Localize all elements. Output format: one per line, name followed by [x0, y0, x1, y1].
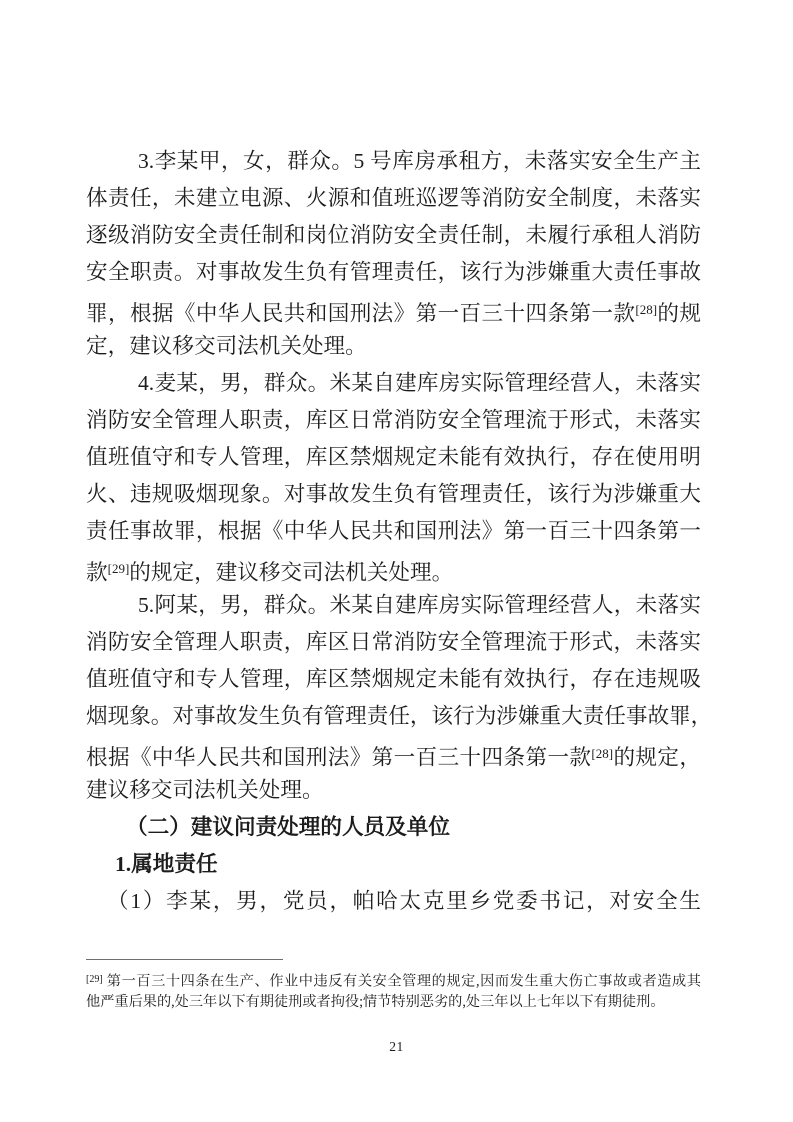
- text-line: 1.属地责任: [86, 846, 701, 883]
- text-segment: 值班值守和专人管理，库区禁烟规定未能有效执行，存在违规吸: [86, 667, 701, 691]
- text-line: （1）李某，男，党员，帕哈太克里乡党委书记，对安全生: [86, 883, 701, 920]
- footnote-reference: [28]: [635, 302, 657, 317]
- text-segment: 根据《中华人民共和国刑法》第一百三十四条第一款: [86, 746, 591, 770]
- footnote-reference: [29]: [108, 561, 130, 576]
- text-segment: （二）建议问责处理的人员及单位: [126, 815, 450, 839]
- text-segment: 定，建议移交司法机关处理。: [86, 334, 367, 358]
- text-line: 值班值守和专人管理，库区禁烟规定未能有效执行，存在使用明: [86, 439, 701, 476]
- text-line: 款[29]的规定，建议移交司法机关处理。: [86, 550, 701, 587]
- paragraph-item-3: 3.李某甲，女，群众。5 号库房承租方，未落实安全生产主体责任，未建立电源、火源…: [86, 143, 701, 365]
- text-segment: 建议移交司法机关处理。: [86, 778, 324, 802]
- text-segment: 烟现象。对事故发生负有管理责任，该行为涉嫌重大责任事故罪，: [86, 704, 712, 728]
- text-line: 消防安全管理人职责，库区日常消防安全管理流于形式，未落实: [86, 624, 701, 661]
- text-segment: 逐级消防安全责任制和岗位消防安全责任制，未履行承租人消防: [86, 223, 701, 247]
- document-page: 3.李某甲，女，群众。5 号库房承租方，未落实安全生产主体责任，未建立电源、火源…: [0, 0, 793, 1122]
- text-line: 5.阿某，男，群众。米某自建库房实际管理经营人，未落实: [86, 587, 701, 624]
- text-line: 定，建议移交司法机关处理。: [86, 328, 701, 365]
- footnote-lines: [29] 第一百三十四条在生产、作业中违反有关安全管理的规定,因而发生重大伤亡事…: [86, 969, 701, 1013]
- text-segment: 消防安全管理人职责，库区日常消防安全管理流于形式，未落实: [86, 408, 701, 432]
- text-segment: 3.李某甲，女，群众。5 号库房承租方，未落实安全生产主: [138, 149, 701, 173]
- text-segment: （1）李某，男，党员，帕哈太克里乡党委书记，对安全生: [107, 889, 701, 913]
- text-line: 3.李某甲，女，群众。5 号库房承租方，未落实安全生产主: [86, 143, 701, 180]
- paragraph-item-4: 4.麦某，男，群众。米某自建库房实际管理经营人，未落实消防安全管理人职责，库区日…: [86, 365, 701, 587]
- text-segment: 4.麦某，男，群众。米某自建库房实际管理经营人，未落实: [138, 371, 701, 395]
- paragraph-item-5: 5.阿某，男，群众。米某自建库房实际管理经营人，未落实消防安全管理人职责，库区日…: [86, 587, 701, 809]
- text-segment: 的规定，: [613, 746, 701, 770]
- heading-territorial-responsibility: 1.属地责任: [86, 846, 701, 883]
- text-segment: 第一百三十四条在生产、作业中违反有关安全管理的规定,因而发生重大伤亡事故或者造成…: [103, 974, 701, 990]
- text-segment: 体责任，未建立电源、火源和值班巡逻等消防安全制度，未落实: [86, 186, 701, 210]
- footnote-reference: [29]: [86, 974, 103, 985]
- text-segment: 安全职责。对事故发生负有管理责任，该行为涉嫌重大责任事故: [86, 260, 701, 284]
- text-line: 火、违规吸烟现象。对事故发生负有管理责任，该行为涉嫌重大: [86, 476, 701, 513]
- footnote-reference: [28]: [591, 746, 613, 761]
- page-number: 21: [0, 1039, 793, 1055]
- paragraph-item-1-1: （1）李某，男，党员，帕哈太克里乡党委书记，对安全生: [86, 883, 701, 920]
- text-line: 建议移交司法机关处理。: [86, 772, 701, 809]
- text-line: 值班值守和专人管理，库区禁烟规定未能有效执行，存在违规吸: [86, 661, 701, 698]
- text-segment: 他严重后果的,处三年以下有期徒刑或者拘役;情节特别恶劣的,处三年以上七年以下有期…: [86, 994, 665, 1010]
- footnote: [29] 第一百三十四条在生产、作业中违反有关安全管理的规定,因而发生重大伤亡事…: [86, 959, 701, 1013]
- text-segment: 消防安全管理人职责，库区日常消防安全管理流于形式，未落实: [86, 630, 701, 654]
- text-line: 罪，根据《中华人民共和国刑法》第一百三十四条第一款[28]的规: [86, 291, 701, 328]
- text-line: 4.麦某，男，群众。米某自建库房实际管理经营人，未落实: [86, 365, 701, 402]
- text-segment: 罪，根据《中华人民共和国刑法》第一百三十四条第一款: [86, 302, 635, 326]
- footnote-separator: [86, 959, 283, 960]
- text-segment: 1.属地责任: [115, 852, 218, 876]
- text-line: （二）建议问责处理的人员及单位: [86, 809, 701, 846]
- text-segment: 5.阿某，男，群众。米某自建库房实际管理经营人，未落实: [138, 593, 701, 617]
- text-line: 安全职责。对事故发生负有管理责任，该行为涉嫌重大责任事故: [86, 254, 701, 291]
- text-segment: 的规: [657, 302, 701, 326]
- text-segment: 火、违规吸烟现象。对事故发生负有管理责任，该行为涉嫌重大: [86, 482, 701, 506]
- text-line: 烟现象。对事故发生负有管理责任，该行为涉嫌重大责任事故罪，: [86, 698, 701, 735]
- text-segment: 款: [86, 561, 108, 585]
- text-segment: 值班值守和专人管理，库区禁烟规定未能有效执行，存在使用明: [86, 445, 701, 469]
- text-line: [29] 第一百三十四条在生产、作业中违反有关安全管理的规定,因而发生重大伤亡事…: [86, 969, 701, 991]
- text-segment: 责任事故罪，根据《中华人民共和国刑法》第一百三十四条第一: [86, 519, 701, 543]
- text-line: 根据《中华人民共和国刑法》第一百三十四条第一款[28]的规定，: [86, 735, 701, 772]
- text-line: 体责任，未建立电源、火源和值班巡逻等消防安全制度，未落实: [86, 180, 701, 217]
- text-line: 他严重后果的,处三年以下有期徒刑或者拘役;情节特别恶劣的,处三年以上七年以下有期…: [86, 991, 701, 1013]
- text-segment: 的规定，建议移交司法机关处理。: [129, 561, 453, 585]
- heading-section-two: （二）建议问责处理的人员及单位: [86, 809, 701, 846]
- text-line: 消防安全管理人职责，库区日常消防安全管理流于形式，未落实: [86, 402, 701, 439]
- text-line: 逐级消防安全责任制和岗位消防安全责任制，未履行承租人消防: [86, 217, 701, 254]
- text-line: 责任事故罪，根据《中华人民共和国刑法》第一百三十四条第一: [86, 513, 701, 550]
- body-text: 3.李某甲，女，群众。5 号库房承租方，未落实安全生产主体责任，未建立电源、火源…: [86, 143, 701, 920]
